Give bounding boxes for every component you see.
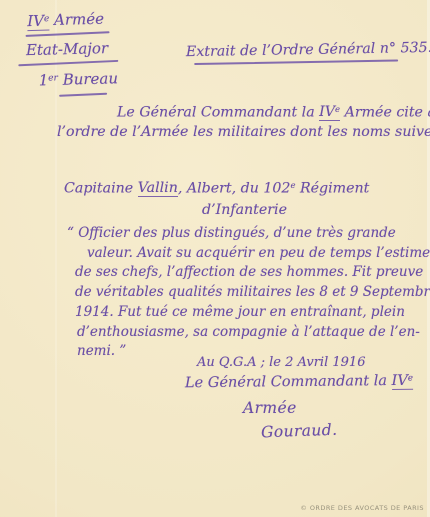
- document-title-block: Extrait de l’Ordre Général n° 535.: [186, 40, 430, 65]
- signature: Gouraud.: [261, 421, 338, 442]
- letterhead: IVe Armée Etat-Major 1er Bureau: [17, 6, 125, 98]
- citation-quote-line: de véritables qualités militaires les 8 …: [75, 283, 430, 303]
- intro-line-1: Le Général Commandant la IVe Armée cite …: [117, 100, 430, 122]
- document-page: IVe Armée Etat-Major 1er Bureau Extrait …: [0, 0, 430, 517]
- citation-recipient-line: Capitaine Vallin, Albert, du 102e Régime…: [64, 175, 369, 199]
- staff-designation: Etat-Major: [26, 36, 125, 61]
- underline-rule: [26, 31, 110, 37]
- citation-quote-line: 1914. Fut tué ce même jour en entraînant…: [75, 303, 430, 323]
- citation-quote-line: “ Officier des plus distingués, d’une tr…: [67, 224, 430, 244]
- army-designation: IVe Armée: [27, 6, 124, 32]
- citation-quote: “ Officier des plus distingués, d’une tr…: [67, 224, 430, 362]
- intro-paragraph: Le Général Commandant la IVe Armée cite …: [57, 100, 430, 142]
- army-roman-numeral: IVe: [27, 11, 50, 31]
- citation-quote-line: d’enthousiasme, sa compagnie à l’attaque…: [77, 323, 430, 343]
- bureau-designation: 1er Bureau: [38, 65, 125, 91]
- citation-quote-line: valeur. Avait su acquérir en peu de temp…: [87, 244, 430, 264]
- signoff-army-line: Armée: [243, 399, 297, 417]
- title-underline: [194, 59, 398, 65]
- recipient-name: Vallin: [138, 180, 178, 197]
- underline-rule: [59, 93, 107, 97]
- citation-recipient: Capitaine Vallin, Albert, du 102e Régime…: [64, 175, 369, 221]
- intro-line-2: l’ordre de l’Armée les militaires dont l…: [57, 122, 430, 142]
- army-roman-numeral: IVe: [319, 104, 340, 121]
- citation-recipient-line-2: d’Infanterie: [202, 199, 369, 221]
- signoff-line: Le Général Commandant la IVe: [185, 373, 413, 391]
- army-roman-numeral: IVe: [392, 373, 414, 390]
- document-title: Extrait de l’Ordre Général n° 535.: [186, 40, 430, 60]
- copyright-watermark: © ORDRE DES AVOCATS DE PARIS: [300, 504, 424, 512]
- citation-quote-line: de ses chefs, l’affection de ses hommes.…: [75, 263, 430, 283]
- dateline: Au Q.G.A ; le 2 Avril 1916: [197, 355, 365, 370]
